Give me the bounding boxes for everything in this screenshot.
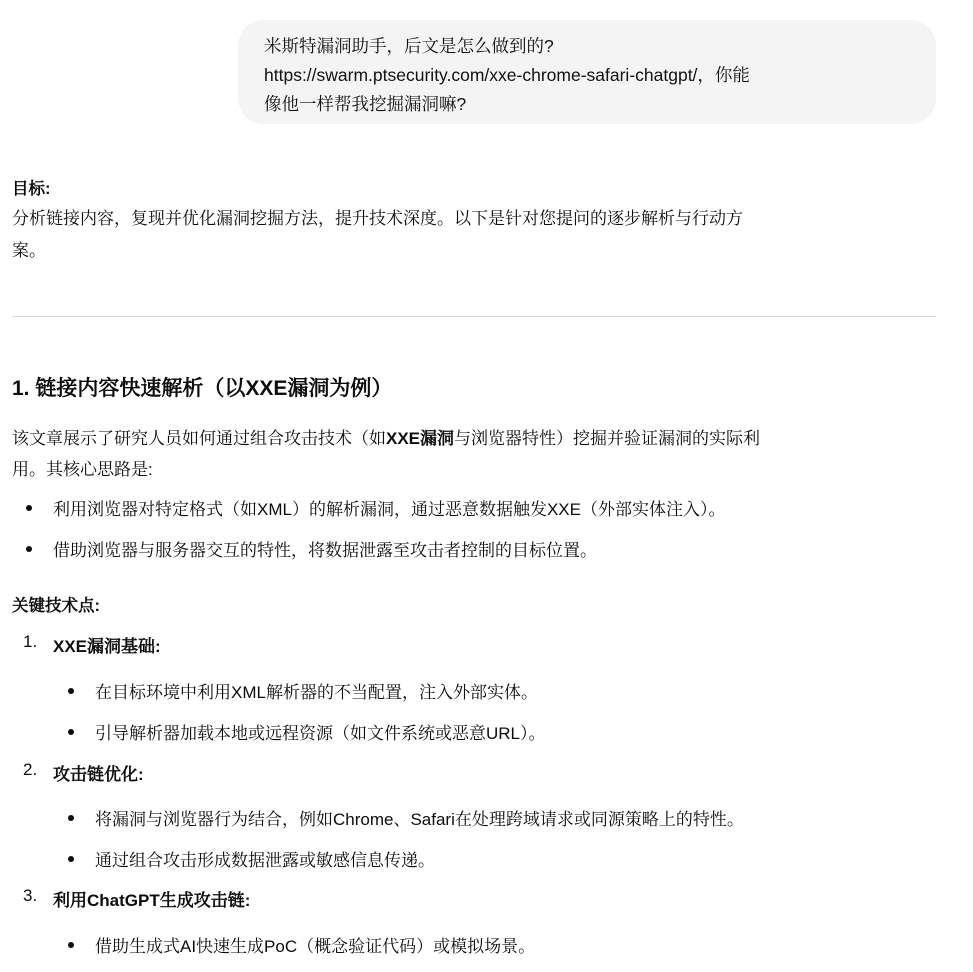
intro-post: 与浏览器特性）挖掘并验证漏洞的实际利: [454, 429, 760, 448]
list-item: 借助浏览器与服务器交互的特性，将数据泄露至攻击者控制的目标位置。: [53, 536, 597, 561]
key-point-number: 3.: [23, 886, 37, 906]
bullet-icon: [26, 546, 32, 552]
bullet-icon: [26, 505, 32, 511]
list-item: 将漏洞与浏览器行为结合，例如Chrome、Safari在处理跨域请求或同源策略上…: [95, 805, 744, 830]
bullet-icon: [68, 729, 74, 735]
key-points-label: 关键技术点:: [12, 592, 100, 616]
list-item: 引导解析器加载本地或远程资源（如文件系统或恶意URL）。: [95, 719, 546, 744]
intro-text-cont: 用。其核心思路是:: [12, 455, 153, 480]
key-point-number: 2.: [23, 760, 37, 780]
bullet-icon: [68, 688, 74, 694]
user-message-line: 米斯特漏洞助手，后文是怎么做到的?: [264, 32, 910, 61]
bullet-icon: [68, 815, 74, 821]
bullet-icon: [68, 942, 74, 948]
goal-label: 目标:: [12, 175, 51, 199]
key-point-title: XXE漏洞基础:: [53, 632, 161, 657]
list-item: 利用浏览器对特定格式（如XML）的解析漏洞，通过恶意数据触发XXE（外部实体注入…: [53, 495, 725, 520]
section-heading: 1. 链接内容快速解析（以XXE漏洞为例）: [12, 372, 392, 402]
key-point-number: 1.: [23, 632, 37, 652]
goal-text: 分析链接内容，复现并优化漏洞挖掘方法，提升技术深度。以下是针对您提问的逐步解析与…: [12, 204, 743, 229]
intro-text: 该文章展示了研究人员如何通过组合攻击技术（如XXE漏洞与浏览器特性）挖掘并验证漏…: [12, 424, 760, 449]
key-point-title: 利用ChatGPT生成攻击链:: [53, 886, 250, 911]
divider: [12, 316, 936, 317]
intro-bold: XXE漏洞: [386, 429, 454, 448]
goal-text-cont: 案。: [12, 236, 46, 261]
user-message-line: https://swarm.ptsecurity.com/xxe-chrome-…: [264, 61, 910, 90]
user-message-line: 像他一样帮我挖掘漏洞嘛?: [264, 90, 910, 119]
intro-pre: 该文章展示了研究人员如何通过组合攻击技术（如: [12, 429, 386, 448]
list-item: 在目标环境中利用XML解析器的不当配置，注入外部实体。: [95, 678, 538, 703]
bullet-icon: [68, 856, 74, 862]
key-point-title: 攻击链优化:: [53, 760, 144, 785]
user-message-bubble: 米斯特漏洞助手，后文是怎么做到的? https://swarm.ptsecuri…: [238, 20, 936, 124]
list-item: 借助生成式AI快速生成PoC（概念验证代码）或模拟场景。: [95, 932, 535, 957]
list-item: 通过组合攻击形成数据泄露或敏感信息传递。: [95, 846, 435, 871]
